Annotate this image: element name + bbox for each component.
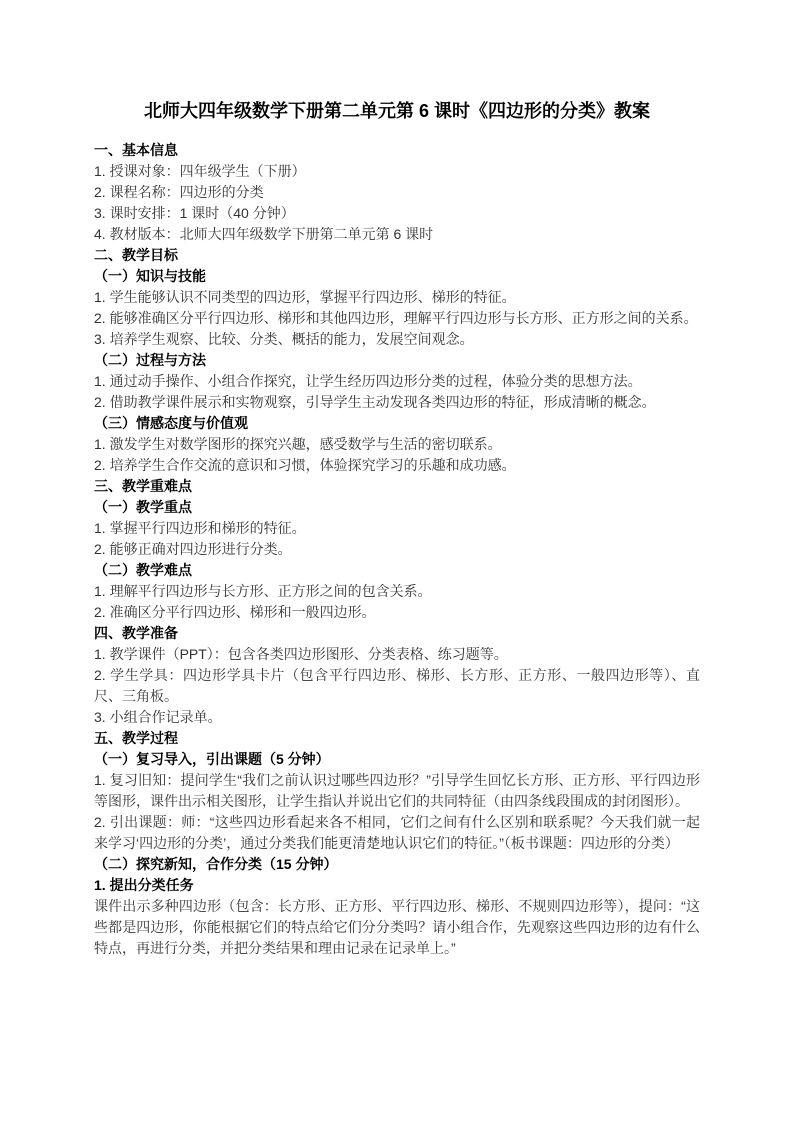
list-item: 2. 能够正确对四边形进行分类。 (94, 539, 700, 560)
list-item: 1. 授课对象：四年级学生（下册） (94, 161, 700, 182)
list-item: 3. 培养学生观察、比较、分类、概括的能力，发展空间观念。 (94, 329, 700, 350)
list-item: 1. 通过动手操作、小组合作探究，让学生经历四边形分类的过程，体验分类的思想方法… (94, 371, 700, 392)
subheading-explore-classify: （二）探究新知，合作分类（15 分钟） (94, 854, 700, 875)
list-item: 3. 小组合作记录单。 (94, 707, 700, 728)
subheading-emotion-values: （三）情感态度与价值观 (94, 413, 700, 434)
subheading-difficult-points: （二）教学难点 (94, 560, 700, 581)
list-item: 4. 教材版本：北师大四年级数学下册第二单元第 6 课时 (94, 224, 700, 245)
list-item: 1. 激发学生对数学图形的探究兴趣，感受数学与生活的密切联系。 (94, 434, 700, 455)
list-item: 2. 能够准确区分平行四边形、梯形和其他四边形，理解平行四边形与长方形、正方形之… (94, 308, 700, 329)
list-item: 2. 课程名称：四边形的分类 (94, 182, 700, 203)
heading-teaching-goals: 二、教学目标 (94, 245, 700, 266)
heading-teaching-preparation: 四、教学准备 (94, 623, 700, 644)
list-item: 2. 学生学具：四边形学具卡片（包含平行四边形、梯形、长方形、正方形、一般四边形… (94, 665, 700, 707)
document-title: 北师大四年级数学下册第二单元第 6 课时《四边形的分类》教案 (94, 97, 700, 125)
list-item: 1. 学生能够认识不同类型的四边形，掌握平行四边形、梯形的特征。 (94, 287, 700, 308)
subheading-classify-task: 1. 提出分类任务 (94, 875, 700, 896)
list-item: 3. 课时安排：1 课时（40 分钟） (94, 203, 700, 224)
heading-basic-info: 一、基本信息 (94, 140, 700, 161)
list-item: 2. 准确区分平行四边形、梯形和一般四边形。 (94, 602, 700, 623)
list-item: 2. 借助教学课件展示和实物观察，引导学生主动发现各类四边形的特征，形成清晰的概… (94, 392, 700, 413)
subheading-review-intro: （一）复习导入，引出课题（5 分钟） (94, 749, 700, 770)
list-item: 1. 复习旧知：提问学生“我们之前认识过哪些四边形？”引导学生回忆长方形、正方形… (94, 770, 700, 812)
list-item: 1. 理解平行四边形与长方形、正方形之间的包含关系。 (94, 581, 700, 602)
list-item: 2. 培养学生合作交流的意识和习惯，体验探究学习的乐趣和成功感。 (94, 455, 700, 476)
list-item: 1. 掌握平行四边形和梯形的特征。 (94, 518, 700, 539)
subheading-key-points: （一）教学重点 (94, 497, 700, 518)
subheading-process-methods: （二）过程与方法 (94, 350, 700, 371)
subheading-knowledge-skills: （一）知识与技能 (94, 266, 700, 287)
list-item: 2. 引出课题：师：“这些四边形看起来各不相同，它们之间有什么区别和联系呢？今天… (94, 812, 700, 854)
list-item: 1. 教学课件（PPT）：包含各类四边形图形、分类表格、练习题等。 (94, 644, 700, 665)
heading-key-difficult-points: 三、教学重难点 (94, 476, 700, 497)
document-page: 北师大四年级数学下册第二单元第 6 课时《四边形的分类》教案 一、基本信息 1.… (0, 0, 794, 1123)
heading-teaching-process: 五、教学过程 (94, 728, 700, 749)
paragraph: 课件出示多种四边形（包含：长方形、正方形、平行四边形、梯形、不规则四边形等），提… (94, 896, 700, 959)
